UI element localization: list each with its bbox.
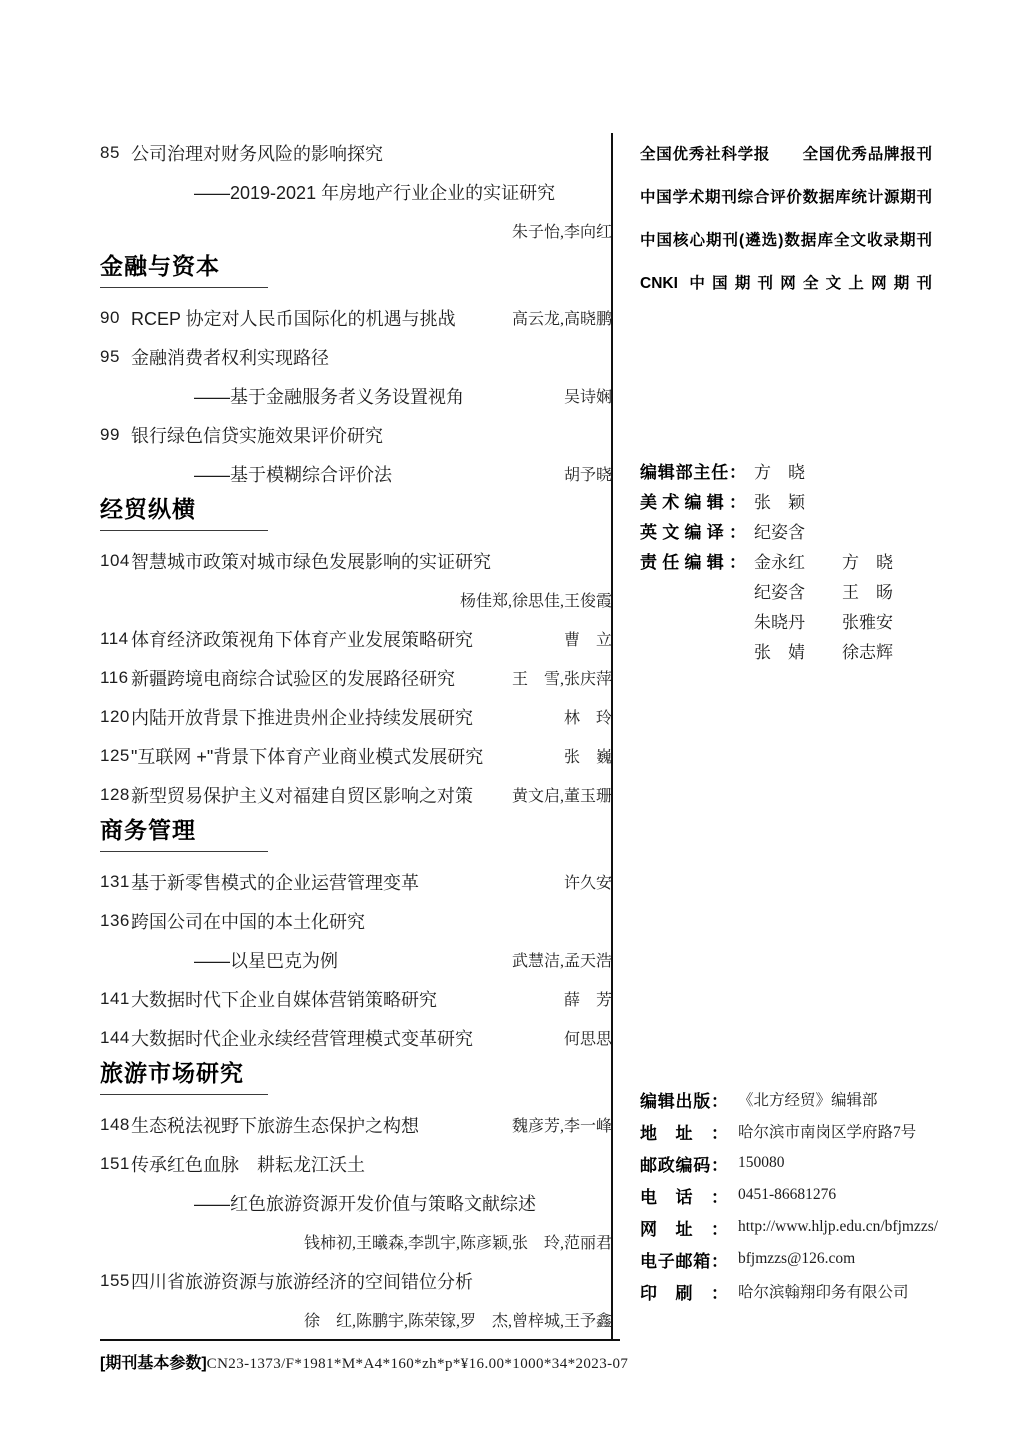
article-title: 跨国公司在中国的本土化研究 xyxy=(131,908,612,934)
pubinfo-value: 《北方经贸》编辑部 xyxy=(738,1088,878,1110)
article-authors: 胡予晓 xyxy=(564,462,612,485)
honors-list: 全国优秀社科学报 全国优秀品牌报刊中国学术期刊综合评价数据库统计源期刊中国核心期… xyxy=(640,133,932,305)
article-subtitle: ——红色旅游资源开发价值与策略文献综述 xyxy=(131,1190,612,1216)
toc-line: 杨佳郑,徐思佳,王俊霞 xyxy=(100,580,612,619)
pubinfo-label: 编辑出版： xyxy=(640,1087,728,1112)
toc-line: ——基于模糊综合评价法胡予晓 xyxy=(100,454,612,493)
toc-line: 151传承红色血脉 耕耘龙江沃土 xyxy=(100,1144,612,1183)
article-title: "互联网 +"背景下体育产业商业模式发展研究 xyxy=(131,743,564,769)
toc-line: 155四川省旅游资源与旅游经济的空间错位分析 xyxy=(100,1261,612,1300)
article-authors: 徐 红,陈鹏宇,陈荣镓,罗 杰,曾梓城,王予鑫 xyxy=(304,1308,612,1331)
article-authors: 杨佳郑,徐思佳,王俊霞 xyxy=(460,588,612,611)
toc-section: 85公司治理对财务风险的影响探究——2019-2021 年房地产行业企业的实证研… xyxy=(100,133,612,250)
publication-info-block: 编辑出版：《北方经贸》编辑部地址：哈尔滨市南岗区学府路7号邮政编码：150080… xyxy=(640,1083,932,1307)
toc-section: 金融与资本90RCEP 协定对人民币国际化的机遇与挑战高云龙,高晓鹏95金融消费… xyxy=(100,250,612,493)
toc-line: 125"互联网 +"背景下体育产业商业模式发展研究张 巍 xyxy=(100,736,612,775)
staff-row: 责任编辑：金永红方 晓 xyxy=(640,545,932,575)
pubinfo-value: 哈尔滨市南岗区学府路7号 xyxy=(738,1120,916,1142)
staff-row: 朱晓丹张雅安 xyxy=(640,605,932,635)
pubinfo-label: 地址： xyxy=(640,1119,728,1144)
journal-toc-page: 85公司治理对财务风险的影响探究——2019-2021 年房地产行业企业的实证研… xyxy=(0,0,1024,1448)
article-authors: 高云龙,高晓鹏 xyxy=(512,306,612,329)
toc-line: 114体育经济政策视角下体育产业发展策略研究曹 立 xyxy=(100,619,612,658)
article-authors: 林 玲 xyxy=(564,705,612,728)
staff-name: 张雅安 xyxy=(842,608,893,633)
toc-section: 商务管理131基于新零售模式的企业运营管理变革许久安136跨国公司在中国的本土化… xyxy=(100,814,612,1057)
toc-line: 131基于新零售模式的企业运营管理变革许久安 xyxy=(100,862,612,901)
toc-line: ——以星巴克为例武慧洁,孟天浩 xyxy=(100,940,612,979)
toc-line: 95金融消费者权利实现路径 xyxy=(100,337,612,376)
article-subtitle: ——基于模糊综合评价法 xyxy=(131,461,564,487)
section-heading-underline xyxy=(100,1094,268,1095)
page-number: 144 xyxy=(100,1028,131,1048)
toc-line: 120内陆开放背景下推进贵州企业持续发展研究林 玲 xyxy=(100,697,612,736)
article-title: RCEP 协定对人民币国际化的机遇与挑战 xyxy=(131,305,512,331)
article-authors: 黄文启,董玉珊 xyxy=(512,783,612,806)
article-title: 基于新零售模式的企业运营管理变革 xyxy=(131,869,564,895)
pubinfo-value: 0451-86681276 xyxy=(738,1186,836,1204)
article-subtitle: ——2019-2021 年房地产行业企业的实证研究 xyxy=(131,179,612,205)
section-heading: 经贸纵横 xyxy=(100,493,612,541)
honor-item: CNKI 中国期刊网全文上网期刊 xyxy=(640,262,932,305)
article-title: 大数据时代企业永续经营管理模式变革研究 xyxy=(131,1025,564,1051)
pubinfo-label: 印刷： xyxy=(640,1279,728,1304)
staff-name: 方 晓 xyxy=(842,548,893,573)
staff-row: 美术编辑：张 颖 xyxy=(640,485,932,515)
toc-section: 旅游市场研究148生态税法视野下旅游生态保护之构想魏彦芳,李一峰151传承红色血… xyxy=(100,1057,612,1339)
page-number: 120 xyxy=(100,707,131,727)
staff-name: 朱晓丹 xyxy=(754,608,842,633)
section-heading-underline xyxy=(100,530,268,531)
page-number: 116 xyxy=(100,668,131,688)
page-number: 90 xyxy=(100,308,131,328)
staff-name: 张 婧 xyxy=(754,638,842,663)
pubinfo-value: bfjmzzs@126.com xyxy=(738,1250,855,1268)
section-heading-title: 金融与资本 xyxy=(100,253,612,280)
section-heading-title: 商务管理 xyxy=(100,817,612,844)
toc-column: 85公司治理对财务风险的影响探究——2019-2021 年房地产行业企业的实证研… xyxy=(100,133,612,1339)
toc-line: 朱子怡,李向红 xyxy=(100,211,612,250)
pubinfo-label: 电话： xyxy=(640,1183,728,1208)
pubinfo-row: 电子邮箱：bfjmzzs@126.com xyxy=(640,1243,932,1275)
staff-name: 纪姿含 xyxy=(754,518,842,543)
toc-line: 136跨国公司在中国的本土化研究 xyxy=(100,901,612,940)
article-title: 内陆开放背景下推进贵州企业持续发展研究 xyxy=(131,704,564,730)
section-heading-underline xyxy=(100,287,268,288)
article-title: 传承红色血脉 耕耘龙江沃土 xyxy=(131,1151,612,1177)
pubinfo-row: 地址：哈尔滨市南岗区学府路7号 xyxy=(640,1115,932,1147)
page-number: 125 xyxy=(100,746,131,766)
pubinfo-value: 150080 xyxy=(738,1154,785,1172)
staff-row: 张 婧徐志辉 xyxy=(640,635,932,665)
page-number: 148 xyxy=(100,1115,131,1135)
staff-label: 责任编辑： xyxy=(640,548,746,573)
article-authors: 何思思 xyxy=(564,1026,612,1049)
pubinfo-label: 邮政编码： xyxy=(640,1151,728,1176)
staff-row: 英文编译：纪姿含 xyxy=(640,515,932,545)
editorial-staff-block: 编辑部主任：方 晓美术编辑：张 颖英文编译：纪姿含责任编辑：金永红方 晓纪姿含王… xyxy=(640,455,932,665)
page-number: 128 xyxy=(100,785,131,805)
journal-params-label: [期刊基本参数] xyxy=(100,1355,207,1372)
journal-params-value: CN23-1373/F*1981*M*A4*160*zh*p*¥16.00*10… xyxy=(207,1356,629,1372)
page-number: 85 xyxy=(100,143,131,163)
staff-name: 张 颖 xyxy=(754,488,842,513)
toc-line: 钱柿初,王曦森,李凯宇,陈彦颖,张 玲,范丽君 xyxy=(100,1222,612,1261)
toc-line: ——2019-2021 年房地产行业企业的实证研究 xyxy=(100,172,612,211)
article-authors: 王 雪,张庆萍 xyxy=(512,666,612,689)
article-authors: 武慧洁,孟天浩 xyxy=(512,948,612,971)
article-authors: 许久安 xyxy=(564,870,612,893)
staff-name: 纪姿含 xyxy=(754,578,842,603)
article-title: 新疆跨境电商综合试验区的发展路径研究 xyxy=(131,665,512,691)
page-number: 131 xyxy=(100,872,131,892)
article-subtitle: ——以星巴克为例 xyxy=(131,947,512,973)
article-title: 体育经济政策视角下体育产业发展策略研究 xyxy=(131,626,564,652)
honor-item: 中国核心期刊(遴选)数据库全文收录期刊 xyxy=(640,219,932,262)
staff-row: 纪姿含王 旸 xyxy=(640,575,932,605)
article-authors: 吴诗娴 xyxy=(564,384,612,407)
journal-params: [期刊基本参数]CN23-1373/F*1981*M*A4*160*zh*p*¥… xyxy=(100,1350,660,1373)
honor-item: 中国学术期刊综合评价数据库统计源期刊 xyxy=(640,176,932,219)
article-title: 新型贸易保护主义对福建自贸区影响之对策 xyxy=(131,782,512,808)
article-authors: 魏彦芳,李一峰 xyxy=(512,1113,612,1136)
toc-line: 90RCEP 协定对人民币国际化的机遇与挑战高云龙,高晓鹏 xyxy=(100,298,612,337)
staff-name: 方 晓 xyxy=(754,458,842,483)
toc-line: 148生态税法视野下旅游生态保护之构想魏彦芳,李一峰 xyxy=(100,1105,612,1144)
article-title: 智慧城市政策对城市绿色发展影响的实证研究 xyxy=(131,548,612,574)
toc-line: 104智慧城市政策对城市绿色发展影响的实证研究 xyxy=(100,541,612,580)
toc-line: 徐 红,陈鹏宇,陈荣镓,罗 杰,曾梓城,王予鑫 xyxy=(100,1300,612,1339)
page-number: 155 xyxy=(100,1271,131,1291)
article-title: 金融消费者权利实现路径 xyxy=(131,344,612,370)
section-heading-title: 旅游市场研究 xyxy=(100,1060,612,1087)
pubinfo-row: 编辑出版：《北方经贸》编辑部 xyxy=(640,1083,932,1115)
article-authors: 朱子怡,李向红 xyxy=(512,219,612,242)
pubinfo-value: http://www.hljp.edu.cn/bfjmzzs/ xyxy=(738,1218,938,1236)
footer-rule xyxy=(100,1339,620,1341)
article-authors: 张 巍 xyxy=(564,744,612,767)
article-subtitle: ——基于金融服务者义务设置视角 xyxy=(131,383,564,409)
toc-line: ——红色旅游资源开发价值与策略文献综述 xyxy=(100,1183,612,1222)
toc-line: 85公司治理对财务风险的影响探究 xyxy=(100,133,612,172)
staff-label: 英文编译： xyxy=(640,518,746,543)
toc-line: ——基于金融服务者义务设置视角吴诗娴 xyxy=(100,376,612,415)
right-column: 全国优秀社科学报 全国优秀品牌报刊中国学术期刊综合评价数据库统计源期刊中国核心期… xyxy=(640,133,932,305)
article-title: 公司治理对财务风险的影响探究 xyxy=(131,140,612,166)
pubinfo-row: 网址：http://www.hljp.edu.cn/bfjmzzs/ xyxy=(640,1211,932,1243)
page-number: 95 xyxy=(100,347,131,367)
toc-line: 141大数据时代下企业自媒体营销策略研究薛 芳 xyxy=(100,979,612,1018)
toc-line: 99银行绿色信贷实施效果评价研究 xyxy=(100,415,612,454)
staff-name: 王 旸 xyxy=(842,578,893,603)
article-authors: 曹 立 xyxy=(564,627,612,650)
page-number: 114 xyxy=(100,629,131,649)
article-authors: 钱柿初,王曦森,李凯宇,陈彦颖,张 玲,范丽君 xyxy=(304,1230,612,1253)
article-title: 大数据时代下企业自媒体营销策略研究 xyxy=(131,986,564,1012)
section-heading: 旅游市场研究 xyxy=(100,1057,612,1105)
pubinfo-row: 邮政编码：150080 xyxy=(640,1147,932,1179)
article-title: 银行绿色信贷实施效果评价研究 xyxy=(131,422,612,448)
pubinfo-label: 电子邮箱： xyxy=(640,1247,728,1272)
section-heading-underline xyxy=(100,851,268,852)
page-number: 104 xyxy=(100,551,131,571)
pubinfo-value: 哈尔滨翰翔印务有限公司 xyxy=(738,1280,909,1302)
pubinfo-label: 网址： xyxy=(640,1215,728,1240)
column-divider-line xyxy=(611,133,613,1340)
toc-section: 经贸纵横104智慧城市政策对城市绿色发展影响的实证研究杨佳郑,徐思佳,王俊霞11… xyxy=(100,493,612,814)
pubinfo-row: 印刷：哈尔滨翰翔印务有限公司 xyxy=(640,1275,932,1307)
page-number: 136 xyxy=(100,911,131,931)
section-heading: 金融与资本 xyxy=(100,250,612,298)
staff-row: 编辑部主任：方 晓 xyxy=(640,455,932,485)
toc-line: 144大数据时代企业永续经营管理模式变革研究何思思 xyxy=(100,1018,612,1057)
article-authors: 薛 芳 xyxy=(564,987,612,1010)
page-number: 141 xyxy=(100,989,131,1009)
staff-name: 金永红 xyxy=(754,548,842,573)
staff-name: 徐志辉 xyxy=(842,638,893,663)
pubinfo-row: 电话：0451-86681276 xyxy=(640,1179,932,1211)
toc-line: 116新疆跨境电商综合试验区的发展路径研究王 雪,张庆萍 xyxy=(100,658,612,697)
honor-item: 全国优秀社科学报 全国优秀品牌报刊 xyxy=(640,133,932,176)
article-title: 四川省旅游资源与旅游经济的空间错位分析 xyxy=(131,1268,612,1294)
toc-line: 128新型贸易保护主义对福建自贸区影响之对策黄文启,董玉珊 xyxy=(100,775,612,814)
section-heading-title: 经贸纵横 xyxy=(100,496,612,523)
staff-label: 编辑部主任： xyxy=(640,458,746,483)
page-number: 151 xyxy=(100,1154,131,1174)
page-number: 99 xyxy=(100,425,131,445)
staff-label: 美术编辑： xyxy=(640,488,746,513)
article-title: 生态税法视野下旅游生态保护之构想 xyxy=(131,1112,512,1138)
section-heading: 商务管理 xyxy=(100,814,612,862)
